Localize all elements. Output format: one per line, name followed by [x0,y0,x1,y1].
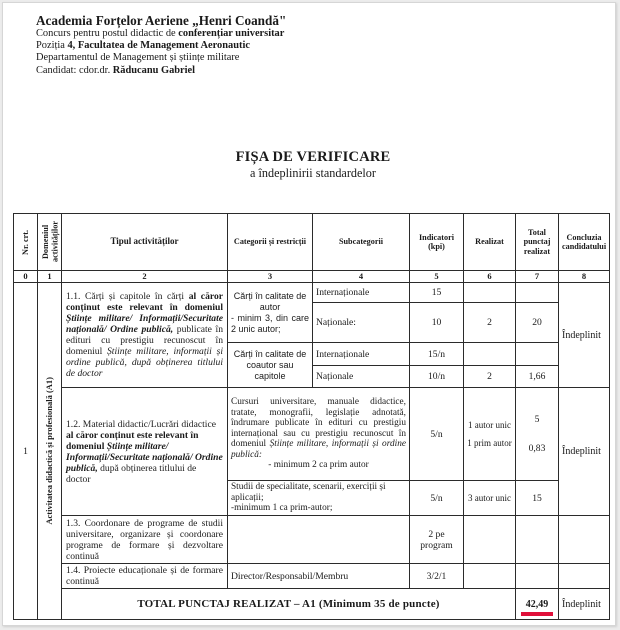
col-header-total: Total punctaj realizat [516,214,559,271]
activity-1-1: 1.1. Cărți și capitole în cărți al căror… [62,283,228,388]
conclusion-1-2: Îndeplinit [559,388,610,516]
subcategory: Naționale: [313,303,410,343]
activity-1-3: 1.3. Coordonare de programe de studii un… [62,516,228,564]
total [516,343,559,366]
document-page: Academia Forțelor Aeriene „Henri Coandă"… [2,2,616,626]
total-value: 42,49 [516,589,559,620]
realizat: 2 [464,303,516,343]
realizat [464,516,516,564]
total: 15 [516,481,559,516]
realizat: 2 [464,366,516,388]
institution-name: Academia Forțelor Aeriene „Henri Coandă" [36,13,286,28]
total-label: TOTAL PUNCTAJ REALIZAT – A1 (Minimum 35 … [62,589,516,620]
document-title: FIȘA DE VERIFICARE a îndeplinirii standa… [3,149,620,180]
subcategory: Internaționale [313,343,410,366]
total: 20 [516,303,559,343]
realizat: 3 autor unic [464,481,516,516]
kpi: 15/n [410,343,464,366]
col-header-kpi: Indicatori (kpi) [410,214,464,271]
col-header-nr: Nr. crt. [14,214,38,271]
realizat [464,343,516,366]
highlight-underline [521,612,553,616]
subcategory: Naționale [313,366,410,388]
kpi: 3/2/1 [410,564,464,589]
col-header-domain: Domeniul activităților [38,214,62,271]
kpi: 10 [410,303,464,343]
kpi: 2 pe program [410,516,464,564]
category-empty [228,516,410,564]
col-header-realizat: Realizat [464,214,516,271]
total: 1,66 [516,366,559,388]
col-header-conclusion: Concluzia candidatului [559,214,610,271]
column-number-row: 0 1 2 3 4 5 6 7 8 [14,271,610,283]
kpi: 15 [410,283,464,303]
col-header-category: Categorii și restricții [228,214,313,271]
realizat [464,283,516,303]
category-studies: Studii de specialitate, scenarii, exerci… [228,481,410,516]
col-header-subcategory: Subcategorii [313,214,410,271]
document-header: Academia Forțelor Aeriene „Henri Coandă"… [36,13,286,77]
candidate-line: Candidat: cdor.dr. Răducanu Gabriel [36,65,286,77]
category-courses: Cursuri universitare, manuale didactice,… [228,388,410,481]
total [516,283,559,303]
conclusion-1-4 [559,564,610,589]
category-coauthor: Cărți în calitate de coautor sau capitol… [228,343,313,388]
activity-1-4: 1.4. Proiecte educaționale și de formare… [62,564,228,589]
department-line: Departamentul de Management și științe m… [36,52,286,64]
subcategory: Internaționale [313,283,410,303]
conclusion-1-3 [559,516,610,564]
table-row: 1.4. Proiecte educaționale și de formare… [14,564,610,589]
conclusion-1-1: Îndeplinit [559,283,610,388]
realizat: 1 autor unic1 prim autor [464,388,516,481]
position-line: Poziția 4, Facultatea de Management Aero… [36,40,286,52]
realizat [464,564,516,589]
total: 50,83 [516,388,559,481]
total-conclusion: Îndeplinit [559,589,610,620]
col-header-type: Tipul activităților [62,214,228,271]
activity-1-2: 1.2. Material didactic/Lucrări didactice… [62,388,228,516]
table-row: 1.2. Material didactic/Lucrări didactice… [14,388,610,481]
domain-cell: Activitatea didactică și profesională (A… [38,283,62,620]
table-header-row: Nr. crt. Domeniul activităților Tipul ac… [14,214,610,271]
table-row: 1 Activitatea didactică și profesională … [14,283,610,303]
total-row: TOTAL PUNCTAJ REALIZAT – A1 (Minimum 35 … [14,589,610,620]
verification-table: Nr. crt. Domeniul activităților Tipul ac… [13,213,610,620]
category-roles: Director/Responsabil/Membru [228,564,410,589]
kpi: 5/n [410,388,464,481]
title-main: FIȘA DE VERIFICARE [3,149,620,166]
title-sub: a îndeplinirii standardelor [3,166,620,180]
kpi: 5/n [410,481,464,516]
total [516,516,559,564]
contest-line: Concurs pentru postul didactic de confer… [36,28,286,40]
table-row: 1.3. Coordonare de programe de studii un… [14,516,610,564]
total [516,564,559,589]
category-author: Cărți în calitate de autor- minim 3, din… [228,283,313,343]
kpi: 10/n [410,366,464,388]
row-number: 1 [14,283,38,620]
